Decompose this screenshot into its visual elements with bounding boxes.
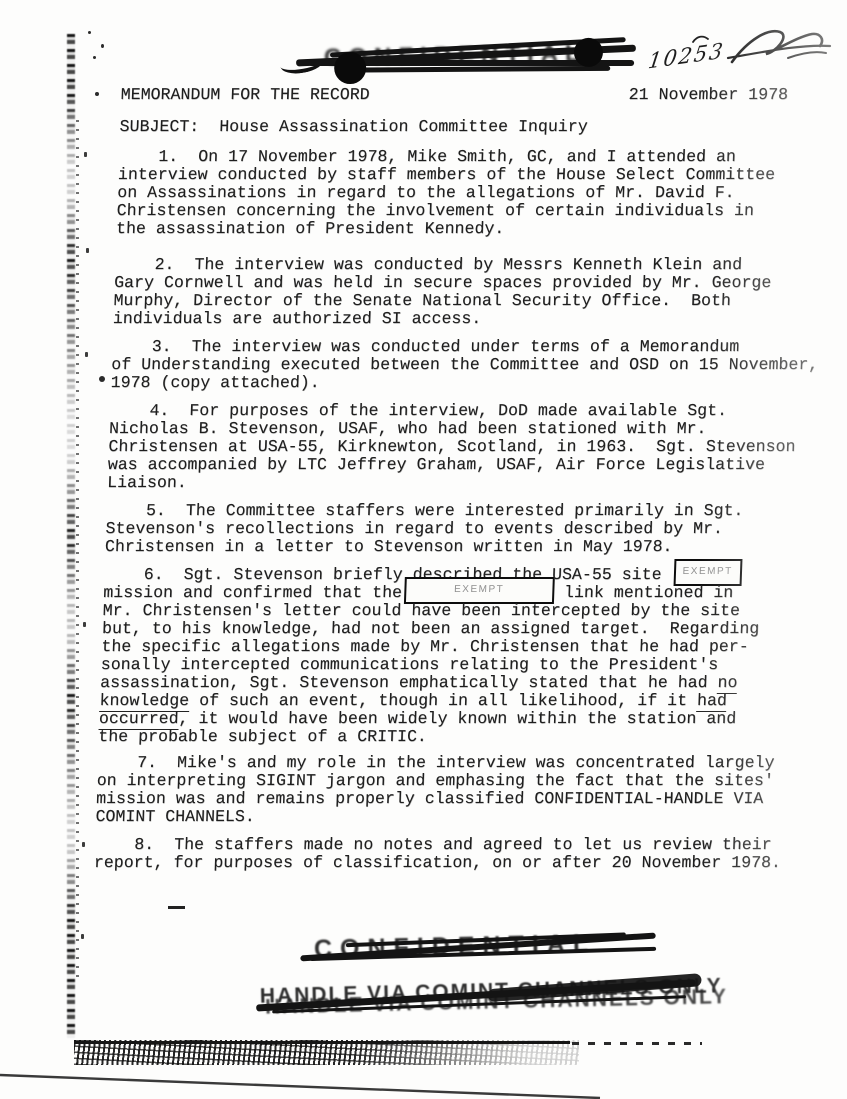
text-line: Liaison. bbox=[107, 474, 795, 492]
page-edge-diagonal-line bbox=[0, 1068, 620, 1099]
text-line: interview conducted by staff members of … bbox=[118, 166, 776, 184]
left-scan-edge-artifact bbox=[67, 34, 75, 1038]
paragraph-6: 6. Sgt. Stevenson briefly described the … bbox=[98, 566, 762, 746]
text-line: Christensen concerning the involvement o… bbox=[116, 202, 774, 220]
text-segment: Christensen concerning the involvement o… bbox=[116, 201, 754, 220]
text-line: Murphy, Director of the Senate National … bbox=[113, 292, 771, 310]
text-segment: link mentioned in bbox=[554, 583, 734, 602]
text-line: 5. The Committee staffers were intereste… bbox=[106, 502, 744, 520]
text-segment: but, to his knowledge, had not been an a… bbox=[102, 619, 760, 638]
text-line: knowledge of such an event, though in al… bbox=[99, 692, 757, 710]
text-line: report, for purposes of classification, … bbox=[94, 854, 782, 872]
text-segment: Gary Cornwell and was held in secure spa… bbox=[114, 273, 772, 292]
text-segment: 6. Sgt. Stevenson briefly bbox=[104, 565, 413, 584]
text-segment: mission was and remains properly classif… bbox=[96, 789, 764, 808]
text-segment: the specific allegations made by Mr. Chr… bbox=[101, 637, 749, 656]
text-line: 1978 (copy attached). bbox=[110, 374, 818, 392]
text-segment: , it would have been widely known within… bbox=[178, 709, 736, 728]
text-segment: Christensen at USA-55, Kirknewton, Scotl… bbox=[108, 437, 796, 456]
text-line: mission was and remains properly classif… bbox=[96, 790, 774, 808]
text-segment: 2. The interview was conducted by Messrs… bbox=[114, 255, 742, 274]
text-line: of Understanding executed between the Co… bbox=[111, 356, 819, 374]
paragraph-8: 8. The staffers made no notes and agreed… bbox=[94, 836, 782, 872]
pencil-mark bbox=[88, 31, 91, 34]
paragraph-5: 5. The Committee staffers were intereste… bbox=[105, 502, 744, 556]
text-line: on interpreting SIGINT jargon and emphas… bbox=[96, 772, 774, 790]
text-line: assassination, Sgt. Stevenson emphatical… bbox=[100, 674, 758, 692]
pencil-mark bbox=[95, 92, 99, 96]
text-segment: of such an event, though in all likeliho… bbox=[189, 691, 698, 710]
text-segment: the probable subject of a CRITIC. bbox=[98, 727, 427, 746]
text-line: the assassination of President Kennedy. bbox=[116, 220, 774, 238]
text-line: 7. Mike's and my role in the interview w… bbox=[97, 754, 775, 772]
text-line: individuals are authorized SI access. bbox=[113, 310, 771, 328]
text-line: on Assassinations in regard to the alleg… bbox=[117, 184, 775, 202]
text-line: Mr. Christensen's letter could have been… bbox=[102, 602, 760, 620]
text-segment: 4. For purposes of the interview, DoD ma… bbox=[109, 401, 727, 420]
left-scan-edge-artifact-2 bbox=[76, 120, 79, 980]
margin-bullet-mark bbox=[99, 376, 105, 382]
margin-tick bbox=[86, 248, 89, 253]
scan-speckle-band bbox=[74, 1040, 579, 1065]
text-line: COMINT CHANNELS. bbox=[95, 808, 773, 826]
text-line: Christensen at USA-55, Kirknewton, Scotl… bbox=[108, 438, 796, 456]
text-segment: sonally intercepted communications relat… bbox=[100, 655, 718, 674]
text-line: sonally intercepted communications relat… bbox=[100, 656, 758, 674]
paragraph-3: 3. The interview was conducted under ter… bbox=[110, 338, 819, 392]
text-segment: Mr. Christensen's letter could have been… bbox=[102, 601, 740, 620]
handle-via-comint-stamp: HANDLE VIA COMINT CHANNELS ONLY HANDLE V… bbox=[259, 971, 680, 1031]
text-line: Nicholas B. Stevenson, USAF, who had bee… bbox=[109, 420, 797, 438]
text-segment: mission and confirmed that the bbox=[103, 583, 402, 602]
text-line: Stevenson's recollections in regard to e… bbox=[105, 520, 743, 538]
text-line: 1. On 17 November 1978, Mike Smith, GC, … bbox=[118, 148, 776, 166]
text-segment: USA-55 site bbox=[542, 565, 672, 584]
scanned-memo-page: CONFIDENTIAL 10253 MEMORANDUM FOR THE RE… bbox=[0, 0, 847, 1099]
text-segment: Christensen in a letter to Stevenson wri… bbox=[105, 537, 673, 556]
text-segment: Stevenson's recollections in regard to e… bbox=[105, 519, 723, 538]
margin-tick bbox=[85, 352, 88, 357]
text-line: but, to his knowledge, had not been an a… bbox=[102, 620, 760, 638]
text-segment: on interpreting SIGINT jargon and emphas… bbox=[96, 771, 774, 790]
text-line: was accompanied by LTC Jeffrey Graham, U… bbox=[107, 456, 795, 474]
text-line: 2. The interview was conducted by Messrs… bbox=[114, 256, 772, 274]
paragraph-2: 2. The interview was conducted by Messrs… bbox=[113, 256, 773, 328]
margin-tick bbox=[81, 934, 84, 939]
text-segment: 8. The staffers made no notes and agreed… bbox=[94, 835, 772, 854]
text-segment: was accompanied by LTC Jeffrey Graham, U… bbox=[107, 455, 765, 474]
text-segment: individuals are authorized SI access. bbox=[113, 309, 482, 328]
margin-tick bbox=[82, 842, 85, 847]
text-segment: 1978 (copy attached). bbox=[110, 373, 320, 392]
pencil-mark bbox=[93, 56, 96, 59]
text-segment: Murphy, Director of the Senate National … bbox=[113, 291, 731, 310]
memo-date: 21 November 1978 bbox=[628, 86, 788, 104]
text-segment: 7. Mike's and my role in the interview w… bbox=[97, 753, 775, 772]
subject-label: SUBJECT: bbox=[119, 117, 199, 136]
subject-line: SUBJECT:House Assassination Committee In… bbox=[119, 118, 588, 136]
text-line: the probable subject of a CRITIC. bbox=[98, 728, 756, 746]
bottom-confidential-stamp: CONFIDENTIAL bbox=[306, 920, 652, 971]
text-segment: interview conducted by staff members of … bbox=[118, 165, 776, 184]
text-line: 3. The interview was conducted under ter… bbox=[112, 338, 820, 356]
scan-speckle-dashes bbox=[572, 1042, 702, 1045]
text-segment: the assassination of President Kennedy. bbox=[116, 219, 505, 238]
scan-speckle-line bbox=[74, 1041, 570, 1044]
text-segment: Liaison. bbox=[107, 473, 187, 492]
margin-tick bbox=[83, 622, 86, 627]
text-line: 4. For purposes of the interview, DoD ma… bbox=[109, 402, 797, 420]
text-segment: assassination, Sgt. Stevenson emphatical… bbox=[100, 673, 718, 692]
subject-text: House Assassination Committee Inquiry bbox=[219, 117, 588, 136]
text-line: occurred, it would have been widely know… bbox=[99, 710, 757, 728]
text-line: 8. The staffers made no notes and agreed… bbox=[94, 836, 782, 854]
text-segment: COMINT CHANNELS. bbox=[95, 807, 255, 826]
text-segment: Nicholas B. Stevenson, USAF, who had bee… bbox=[109, 419, 707, 438]
text-segment: report, for purposes of classification, … bbox=[94, 853, 782, 872]
text-segment: 1. On 17 November 1978, Mike Smith, GC, … bbox=[118, 147, 736, 166]
paragraph-7: 7. Mike's and my role in the interview w… bbox=[95, 754, 775, 826]
memo-title: MEMORANDUM FOR THE RECORD bbox=[120, 86, 370, 104]
text-segment: 5. The Committee staffers were intereste… bbox=[106, 501, 744, 520]
text-segment: 3. The interview was conducted under ter… bbox=[112, 337, 740, 356]
margin-tick bbox=[84, 152, 87, 157]
text-line: Gary Cornwell and was held in secure spa… bbox=[114, 274, 772, 292]
text-line: mission and confirmed that theEXEMPT lin… bbox=[103, 584, 761, 602]
text-line: the specific allegations made by Mr. Chr… bbox=[101, 638, 759, 656]
pencil-mark bbox=[101, 44, 104, 48]
text-segment: on Assassinations in regard to the alleg… bbox=[117, 183, 735, 202]
paragraph-4: 4. For purposes of the interview, DoD ma… bbox=[107, 402, 797, 492]
text-line: Christensen in a letter to Stevenson wri… bbox=[105, 538, 743, 556]
text-segment: of Understanding executed between the Co… bbox=[111, 355, 819, 374]
paragraph-1: 1. On 17 November 1978, Mike Smith, GC, … bbox=[116, 148, 776, 238]
